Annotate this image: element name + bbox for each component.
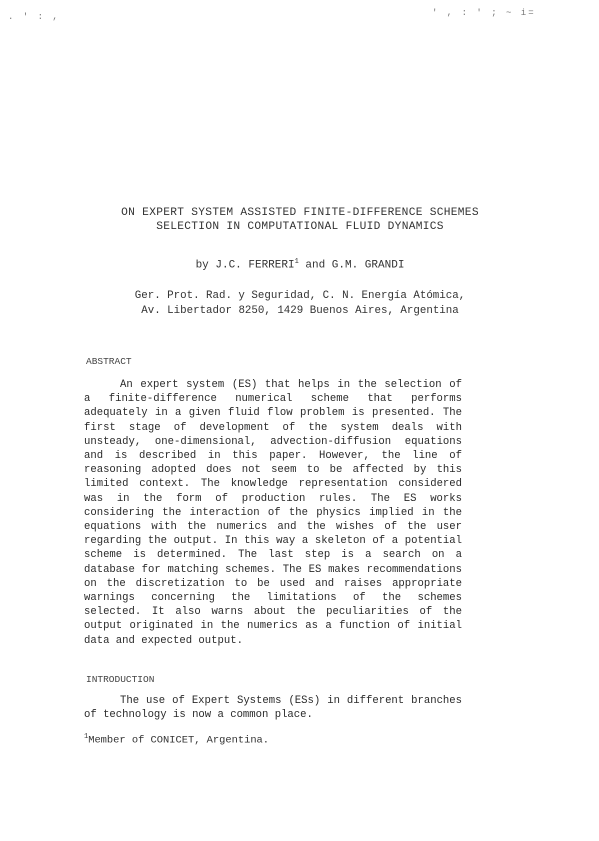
abstract-heading: ABSTRACT [86, 356, 132, 367]
document-page: . ' : , ' , : ' ; ~ i= ON EXPERT SYSTEM … [0, 0, 599, 841]
authors-line: by J.C. FERRERI1 and G.M. GRANDI [60, 258, 540, 272]
footnote-text: Member of CONICET, Argentina. [88, 734, 269, 746]
abstract-text: An expert system (ES) that helps in the … [84, 378, 462, 648]
introduction-text: The use of Expert Systems (ESs) in diffe… [84, 694, 462, 722]
author-2: and G.M. GRANDI [299, 260, 405, 272]
affiliation-line-2: Av. Libertador 8250, 1429 Buenos Aires, … [60, 304, 540, 319]
introduction-heading: INTRODUCTION [86, 674, 154, 685]
scan-artifact-top-left: . ' : , [8, 12, 60, 22]
author-1: by J.C. FERRERI [196, 260, 295, 272]
scan-artifact-top-right: ' , : ' ; ~ i= [432, 8, 536, 18]
footnote: 1Member of CONICET, Argentina. [84, 733, 269, 746]
affiliation-line-1: Ger. Prot. Rad. y Seguridad, C. N. Energ… [60, 289, 540, 304]
paper-title-line-2: SELECTION IN COMPUTATIONAL FLUID DYNAMIC… [60, 220, 540, 234]
affiliation: Ger. Prot. Rad. y Seguridad, C. N. Energ… [60, 289, 540, 319]
paper-title-line-1: ON EXPERT SYSTEM ASSISTED FINITE-DIFFERE… [60, 206, 540, 220]
